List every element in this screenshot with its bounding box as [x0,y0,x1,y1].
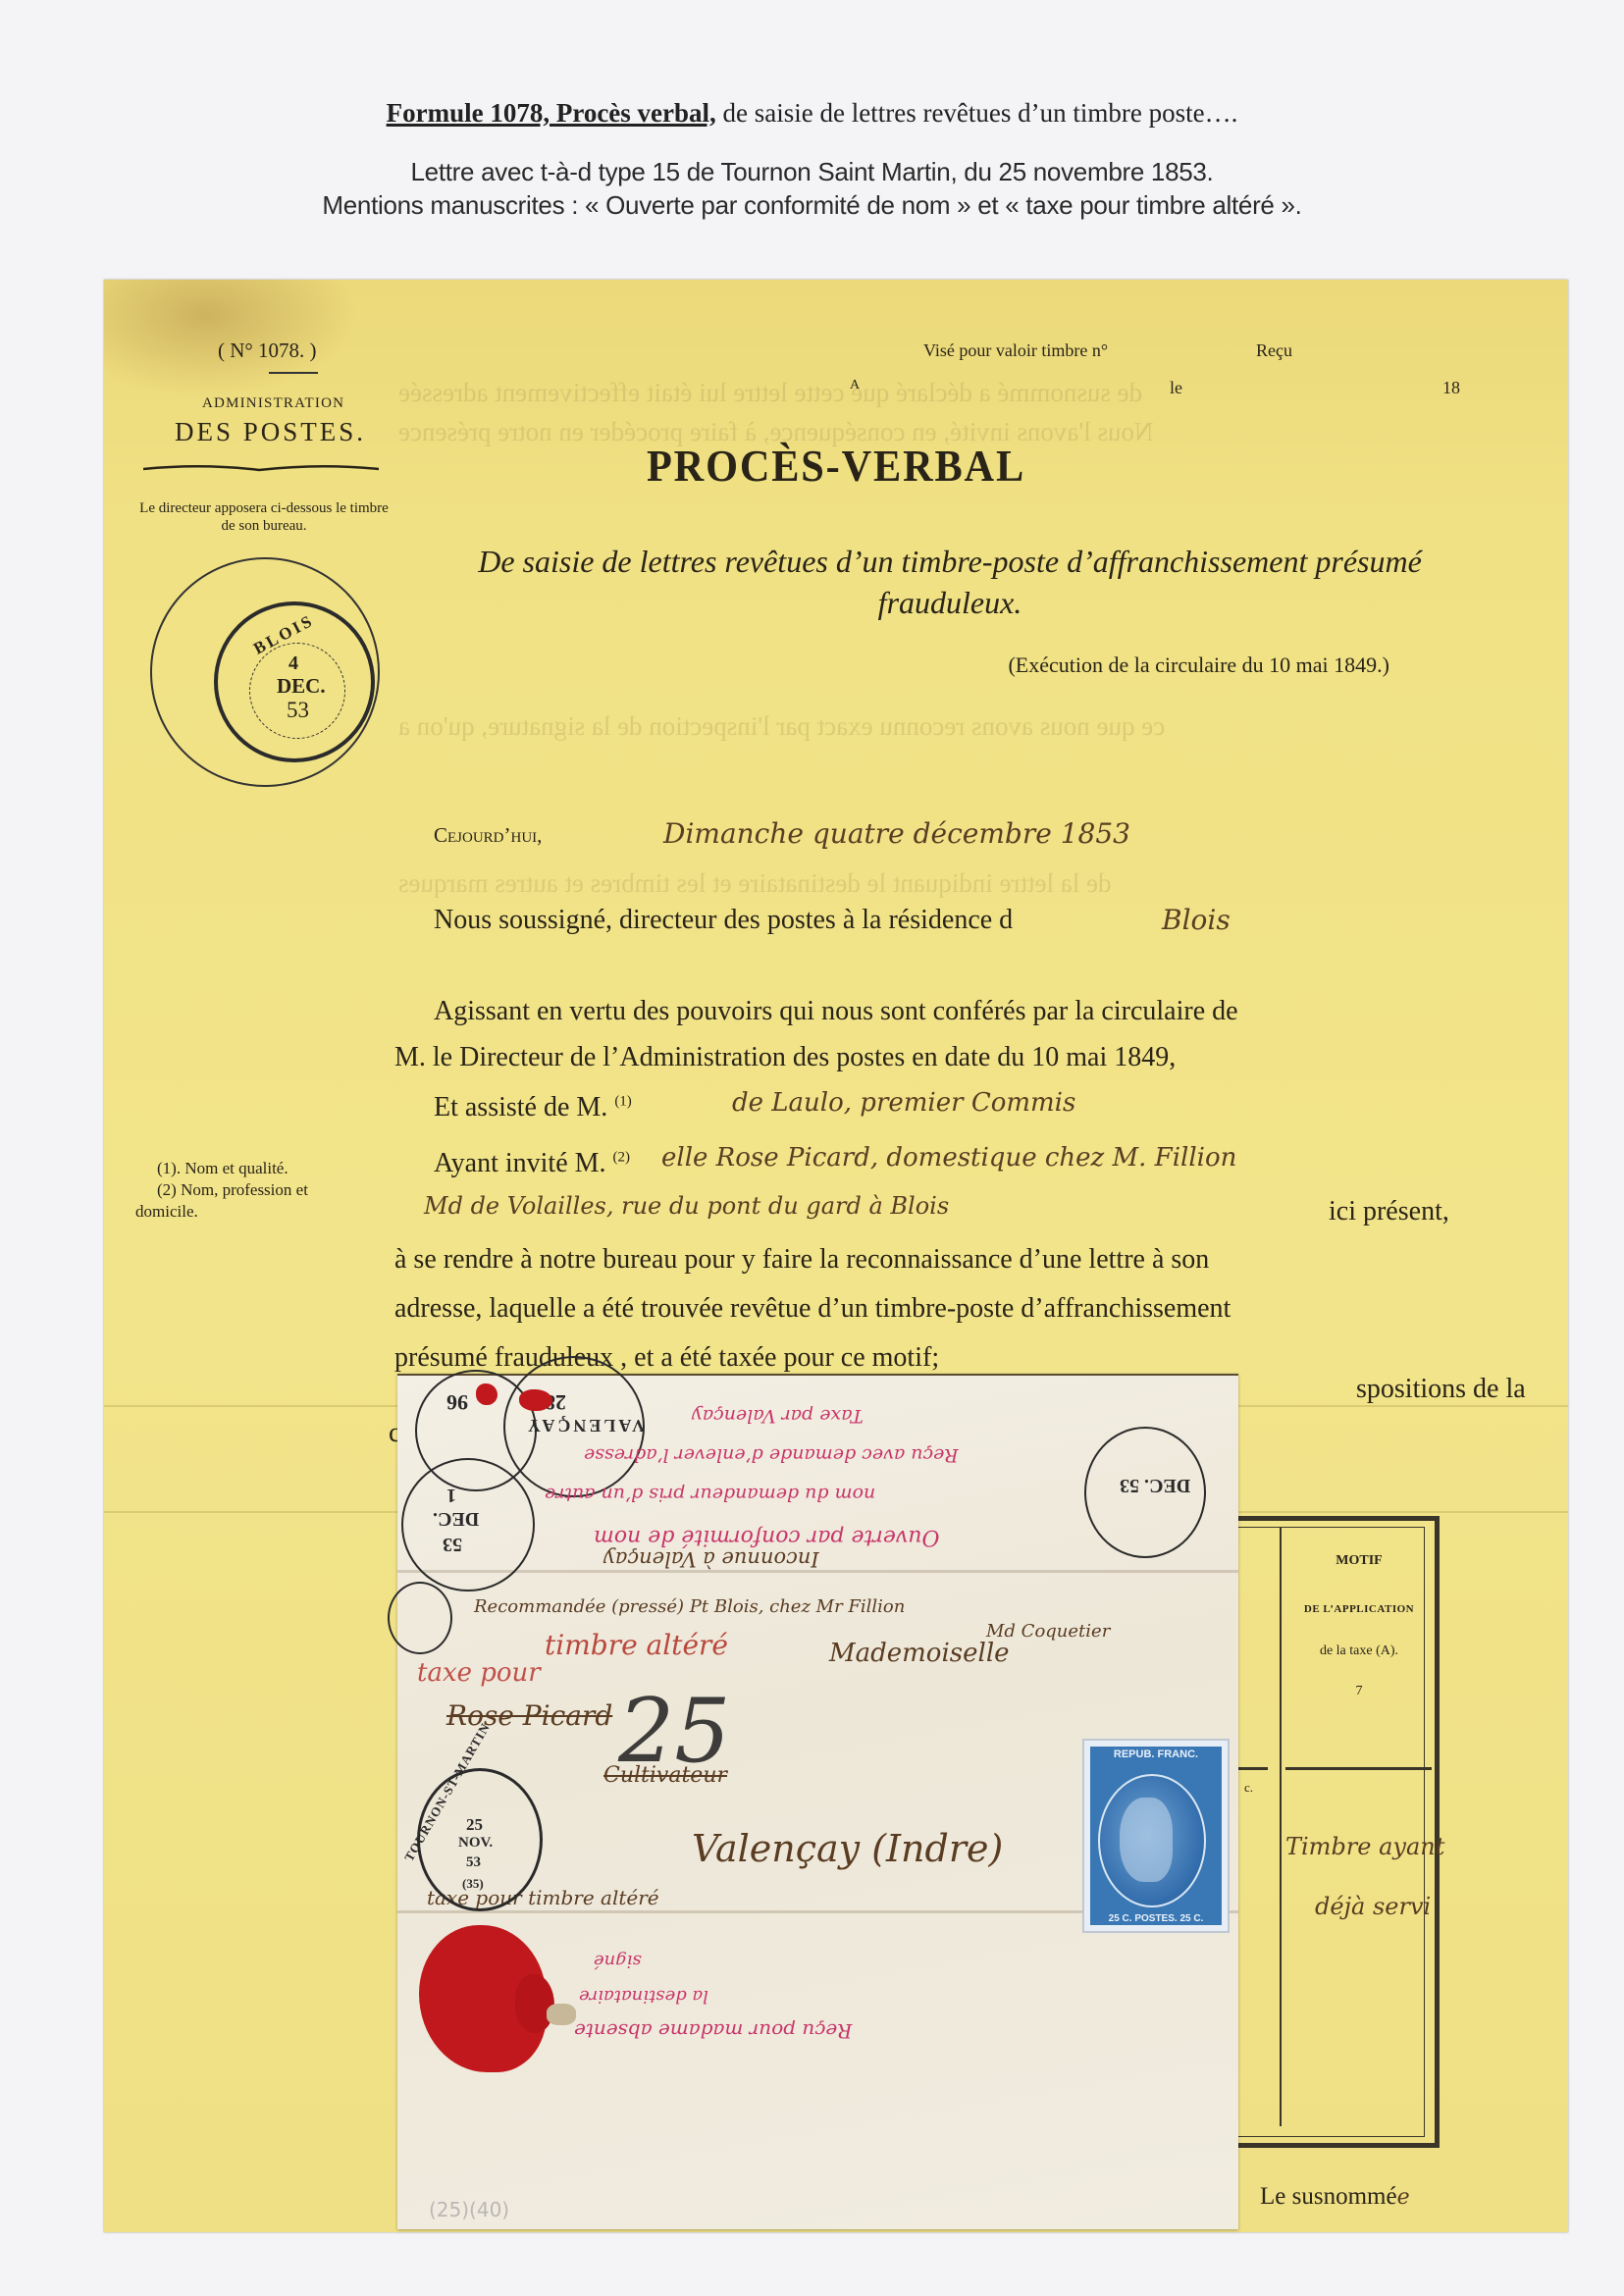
cejourdhui-label: Cejourd’hui, [434,823,542,848]
tournon-postmark-day: 25 [466,1815,483,1835]
directeur-note: Le directeur apposera ci-dessous le timb… [135,499,393,535]
string-tie [547,2004,576,2025]
handwritten-invitee-line2: Md de Volailles, rue du pont du gard à B… [424,1192,949,1220]
handwritten-motif-1: Timbre ayant [1285,1833,1444,1860]
form-number: ( N° 1078. ) [218,339,317,363]
valencay-postmark-year: 96 [446,1389,468,1415]
valencay-partial-postmark [388,1582,452,1654]
wax-seal-drip [515,1974,554,2033]
assiste-label: Et assisté de M. (1) [434,1092,632,1123]
footnote-1: (1). Nom et qualité. [157,1159,288,1178]
arrival-year: 53 [443,1533,462,1555]
postage-stamp-25c: REPUB. FRANC. 25 C. POSTES. 25 C. [1082,1739,1230,1933]
caption-title: Formule 1078, Procès verbal, de saisie d… [0,98,1624,129]
transit-postmark-date: DEC. 53 [1120,1474,1190,1496]
vise-label: Visé pour valoir timbre n° [923,340,1108,361]
motif-header: MOTIF [1285,1553,1433,1569]
footnote-ref-2: (2) [613,1150,631,1166]
back-note-1: Reçu pour madame absente [574,2019,852,2043]
tournon-postmark-dept: (35) [462,1876,484,1892]
stamp-top-text: REPUB. FRANC. [1092,1748,1220,1760]
execution-note: (Exécution de la circulaire du 10 mai 18… [104,652,1389,678]
handwritten-assistant: de Laulo, premier Commis [732,1088,1075,1118]
year-prefix: 18 [1442,378,1460,398]
cell-c: c. [1244,1780,1253,1796]
column-number: 7 [1285,1684,1433,1699]
application-header: DE L’APPLICATION [1285,1603,1433,1615]
footnote-ref-1: (1) [614,1094,632,1110]
form-title: PROCÈS-VERBAL [163,440,1510,492]
agissant-text: Agissant en vertu des pouvoirs qui nous … [434,996,1238,1027]
caption-title-bold: Formule 1078, Procès verbal, [387,98,716,128]
handwritten-e: e [1397,2185,1410,2210]
a-label: A [850,378,860,393]
tournon-postmark-year: 53 [466,1854,481,1871]
invite-label: Ayant invité M. (2) [434,1148,630,1179]
footnote-2-cont: domicile. [135,1202,198,1222]
administration-label: ADMINISTRATION [202,395,344,412]
footnote-2: (2) Nom, profession et [157,1180,308,1200]
handwritten-invitee-line1: elle Rose Picard, domestique chez M. Fil… [661,1143,1236,1173]
directeur-text: M. le Directeur de l’Administration des … [394,1042,1176,1073]
note-taxe-valencay: Taxe par Valençay [692,1405,864,1427]
note-ouverte-conformite: Ouverte par conformité de nom [594,1525,940,1549]
wax-fragment [476,1383,498,1405]
invite-text: Ayant invité M. [434,1148,606,1178]
address-destination: Valençay (Indre) [692,1827,1003,1870]
taxe-header: de la taxe (A). [1285,1644,1433,1659]
ici-present-text: ici présent, [1329,1196,1449,1227]
handwritten-motif-2: déjà servi [1315,1893,1431,1920]
timbre-altere-note: timbre altéré [545,1629,728,1661]
wax-fragment [519,1389,552,1411]
dispositions-text: spositions de la [1356,1374,1526,1405]
pencil-catalogue-note: (25)(40) [429,2198,509,2221]
folded-letter: VALENÇAY 28 96 1 DEC. 53 DEC. 53 Taxe pa… [397,1374,1238,2229]
stamp-bottom-text: 25 C. POSTES. 25 C. [1092,1913,1220,1924]
nous-soussigne-text: Nous soussigné, directeur des postes à l… [434,905,1013,936]
arrival-month: DEC. [433,1507,479,1530]
napoleon-portrait-icon [1120,1798,1173,1882]
table-column-divider [1280,1528,1282,2126]
divider [269,372,318,374]
table-row-divider [1238,1767,1268,1770]
valencay-postmark-text: VALENÇAY [525,1415,645,1435]
recu-label: Reçu [1256,340,1292,361]
tournon-postmark-month: NOV. [458,1835,493,1852]
le-label: le [1170,378,1182,398]
rendre-text: à se rendre à notre bureau pour y faire … [394,1244,1209,1276]
taxe-pour-note: taxe pour [417,1658,541,1688]
back-note-2: la destinataire [579,1986,708,2007]
le-susnomme-label: Le susnommé [1260,2183,1397,2210]
note-inconnue: Inconnue à Valençay [603,1547,819,1571]
back-note-3: signé [594,1951,642,1971]
note-red-3: nom du demandeur pris d’un autre [545,1484,875,1505]
handwritten-date: Dimanche quatre décembre 1853 [663,817,1130,850]
arrival-day: 1 [446,1484,456,1506]
caption-line-2: Lettre avec t-à-d type 15 de Tournon Sai… [0,157,1624,187]
address-line-3: Mademoiselle [829,1639,1010,1668]
table-row-divider [1285,1767,1432,1770]
le-susnomme-text: Le susnommée [1260,2183,1410,2211]
assiste-text: Et assisté de M. [434,1092,607,1122]
blois-postmark-year: 53 [287,698,309,723]
handwritten-residence: Blois [1162,904,1231,936]
adresse-text: adresse, laquelle a été trouvée revêtue … [394,1293,1231,1325]
note-red-2: Reçu avec demande d’enlever l’adresse [584,1444,959,1466]
caption-line-3: Mentions manuscrites : « Ouverte par con… [0,190,1624,221]
form-subtitle: De saisie de lettres revêtues d’un timbr… [449,541,1450,623]
address-line-4: Rose Picard [446,1699,612,1732]
address-line-1: Recommandée (pressé) Pt Blois, chez Mr F… [474,1596,905,1617]
address-line-5: Cultivateur [603,1763,727,1788]
caption-title-rest: de saisie de lettres revêtues d’un timbr… [716,98,1238,128]
